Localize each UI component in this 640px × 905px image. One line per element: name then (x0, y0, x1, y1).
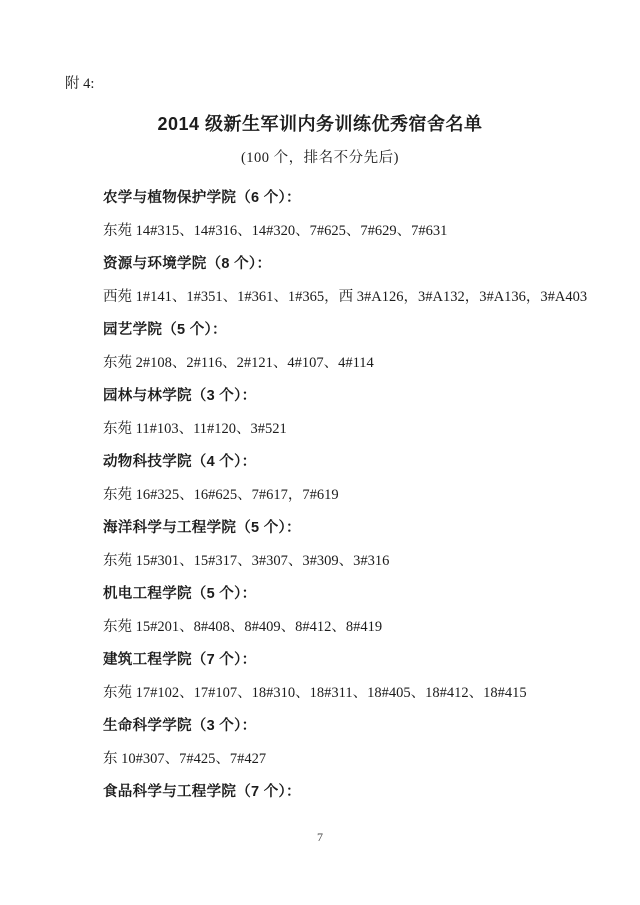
college-heading: 生命科学学院（3 个）： (103, 717, 604, 736)
college-heading: 动物科技学院（4 个）： (103, 453, 604, 472)
page-number: 7 (0, 830, 640, 845)
document-subtitle: (100 个，排名不分先后) (0, 149, 640, 168)
college-section: 园艺学院（5 个）： 东苑 2#108、2#116、2#121、4#107、4#… (103, 321, 604, 373)
dorm-list-line: 东苑 2#108、2#116、2#121、4#107、4#114 (103, 354, 604, 373)
college-section: 资源与环境学院（8 个）： 西苑 1#141、1#351、1#361、1#365… (103, 255, 604, 307)
college-heading: 建筑工程学院（7 个）： (103, 651, 604, 670)
college-section: 海洋科学与工程学院（5 个）： 东苑 15#301、15#317、3#307、3… (103, 519, 604, 571)
dorm-list-line: 东苑 15#201、8#408、8#409、8#412、8#419 (103, 618, 604, 637)
dorm-list-line: 西苑 1#141、1#351、1#361、1#365，西 3#A126，3#A1… (103, 288, 604, 307)
college-section: 生命科学学院（3 个）： 东 10#307、7#425、7#427 (103, 717, 604, 769)
college-section: 农学与植物保护学院（6 个）： 东苑 14#315、14#316、14#320、… (103, 189, 604, 241)
college-heading: 园艺学院（5 个）： (103, 321, 604, 340)
college-heading: 园林与林学院（3 个）： (103, 387, 604, 406)
document-page: 附 4: 2014 级新生军训内务训练优秀宿舍名单 (100 个，排名不分先后)… (0, 0, 640, 905)
dorm-list-line: 东苑 17#102、17#107、18#310、18#311、18#405、18… (103, 684, 604, 703)
college-heading: 机电工程学院（5 个）： (103, 585, 604, 604)
dorm-list-line: 东苑 16#325、16#625、7#617，7#619 (103, 486, 604, 505)
sections: 农学与植物保护学院（6 个）： 东苑 14#315、14#316、14#320、… (103, 189, 604, 802)
college-heading: 资源与环境学院（8 个）： (103, 255, 604, 274)
college-heading: 食品科学与工程学院（7 个）： (103, 783, 604, 802)
college-section: 建筑工程学院（7 个）： 东苑 17#102、17#107、18#310、18#… (103, 651, 604, 703)
document-title: 2014 级新生军训内务训练优秀宿舍名单 (0, 112, 640, 136)
college-section: 动物科技学院（4 个）： 东苑 16#325、16#625、7#617，7#61… (103, 453, 604, 505)
college-heading: 农学与植物保护学院（6 个）： (103, 189, 604, 208)
college-heading: 海洋科学与工程学院（5 个）： (103, 519, 604, 538)
attachment-label: 附 4: (65, 75, 640, 94)
dorm-list-line: 东 10#307、7#425、7#427 (103, 750, 604, 769)
college-section: 机电工程学院（5 个）： 东苑 15#201、8#408、8#409、8#412… (103, 585, 604, 637)
dorm-list-line: 东苑 11#103、11#120、3#521 (103, 420, 604, 439)
college-section: 园林与林学院（3 个）： 东苑 11#103、11#120、3#521 (103, 387, 604, 439)
dorm-list-line: 东苑 15#301、15#317、3#307、3#309、3#316 (103, 552, 604, 571)
dorm-list-line: 东苑 14#315、14#316、14#320、7#625、7#629、7#63… (103, 222, 604, 241)
college-section: 食品科学与工程学院（7 个）： (103, 783, 604, 802)
